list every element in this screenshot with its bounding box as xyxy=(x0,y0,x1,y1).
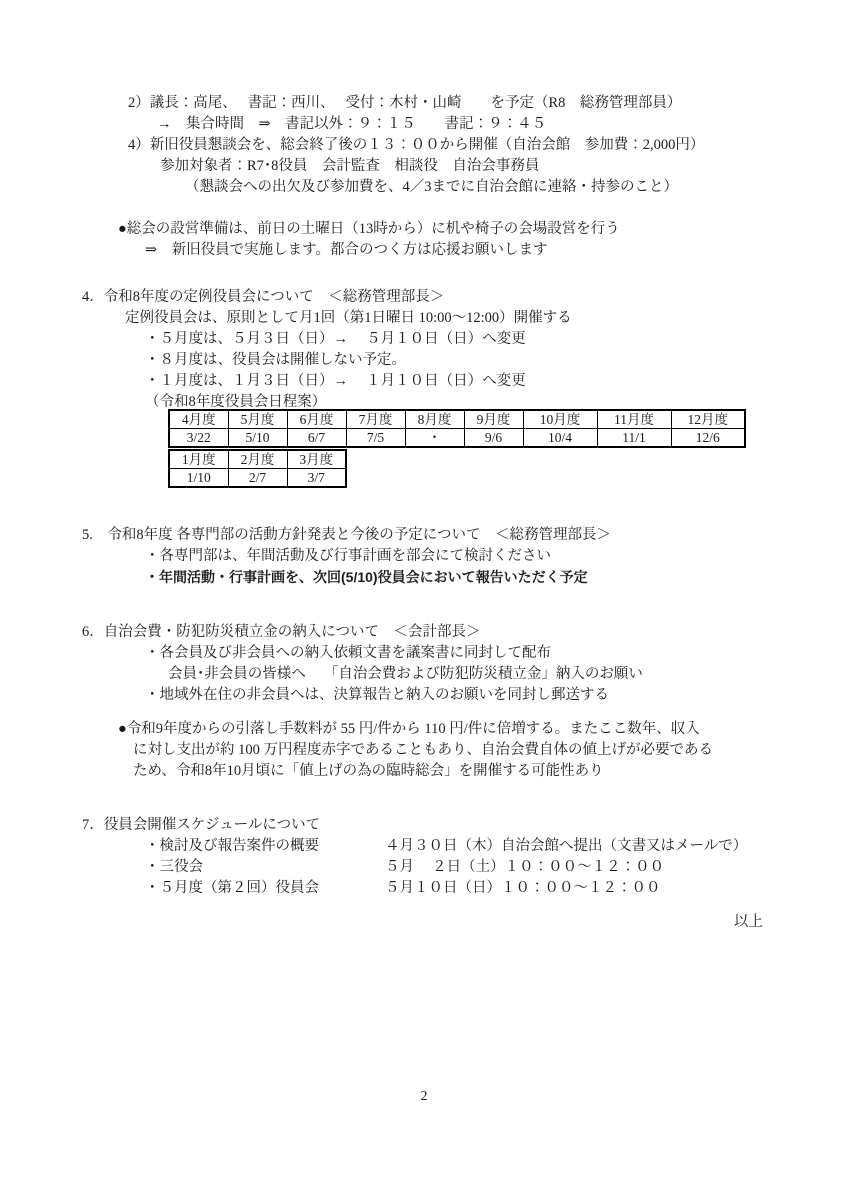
month-header-cell: 6月度 xyxy=(287,410,346,429)
table-row: 4月度 5月度 6月度 7月度 8月度 9月度 10月度 11月度 12月度 xyxy=(169,410,745,429)
topic7-row-overview: ・検討及び報告案件の概要４月３０日（木）自治会館へ提出（文書又はメールで） xyxy=(0,836,848,857)
date-cell: 3/22 xyxy=(169,429,228,448)
table-row: 1/10 2/7 3/7 xyxy=(169,469,346,488)
month-header-cell: 12月度 xyxy=(671,410,745,429)
topic7-row-may-meeting: ・５月度（第２回）役員会５月１０日（日）１０：００～１２：００ xyxy=(0,878,848,899)
topic7-row-sanyakukai: ・三役会５月 ２日（土）１０：００～１２：００ xyxy=(0,857,848,878)
topic4-intro: 定例役員会は、原則として月1回（第1日曜日 10:00～12:00）開催する xyxy=(0,308,848,329)
month-header-cell: 7月度 xyxy=(346,410,405,429)
topic4-bullet-jan: ・１月度は、１月３日（日）→ １月１０日（日）へ変更 xyxy=(0,371,848,392)
date-cell: 5/10 xyxy=(228,429,287,448)
month-header-cell: 1月度 xyxy=(169,450,228,469)
date-cell: 7/5 xyxy=(346,429,405,448)
assembly-time-line: → 集合時間 ⇒ 書記以外：９：１５ 書記：９：４５ xyxy=(0,114,848,135)
fee-note-line2: に対し支出が約 100 万円程度赤字であることもあり、自治会費自体の値上げが必要… xyxy=(0,740,848,761)
topic6-sub1: 会員･非会員の皆様へ 「自治会費および防犯防災積立金」納入のお願い xyxy=(0,664,848,685)
topic5-bullet1: ・各専門部は、年間活動及び行事計画を部会にて検討ください xyxy=(0,546,848,567)
document-page: 2）議長：高尾、 書記：西川、 受付：木村・山崎 を予定（R8 総務管理部員） … xyxy=(0,0,848,1200)
month-header-cell: 11月度 xyxy=(597,410,671,429)
table-row: 1月度 2月度 3月度 xyxy=(169,450,346,469)
topic7-section: 7．役員会開催スケジュールについて ・検討及び報告案件の概要４月３０日（木）自治… xyxy=(0,815,848,899)
topic4-bullet-aug: ・８月度は、役員会は開催しない予定。 xyxy=(0,350,848,371)
date-cell: ・ xyxy=(405,429,464,448)
schedule-table-jan-mar: 1月度 2月度 3月度 1/10 2/7 3/7 xyxy=(168,449,347,488)
setup-note-line1: ●総会の設営準備は、前日の土曜日（13時から）に机や椅子の会場設営を行う xyxy=(0,219,848,240)
schedule-table-apr-dec: 4月度 5月度 6月度 7月度 8月度 9月度 10月度 11月度 12月度 3… xyxy=(168,409,746,448)
closing-marker: 以上 xyxy=(734,912,763,933)
fee-increase-note: ●令和9年度からの引落し手数料が 55 円/件から 110 円/件に倍増する。ま… xyxy=(0,719,848,782)
page-number: 2 xyxy=(0,1086,848,1107)
fee-note-line1: ●令和9年度からの引落し手数料が 55 円/件から 110 円/件に倍増する。ま… xyxy=(0,719,848,740)
month-header-cell: 10月度 xyxy=(523,410,597,429)
month-header-cell: 9月度 xyxy=(464,410,523,429)
schedule-item-label: ・三役会 xyxy=(145,857,385,878)
participants-line: 参加対象者：R7･8役員 会計監査 相談役 自治会事務員 xyxy=(0,156,848,177)
topic6-bullet2: ・地域外在住の非会員へは、決算報告と納入のお願いを同封し郵送する xyxy=(0,685,848,706)
date-cell: 3/7 xyxy=(287,469,346,488)
schedule-item-label: ・５月度（第２回）役員会 xyxy=(145,878,385,899)
date-cell: 9/6 xyxy=(464,429,523,448)
topic4-section: 4．令和8年度の定例役員会について ＜総務管理部長＞ 定例役員会は、原則として月… xyxy=(0,287,848,413)
topic5-section: 5. 令和8年度 各専門部の活動方針発表と今後の予定について ＜総務管理部長＞ … xyxy=(0,525,848,588)
topic6-bullet1: ・各会員及び非会員への納入依頼文書を議案書に同封して配布 xyxy=(0,643,848,664)
date-cell: 12/6 xyxy=(671,429,745,448)
topic5-bullet2-bold: ・年間活動・行事計画を、次回(5/10)役員会において報告いただく予定 xyxy=(0,567,848,588)
topic4-bullet-may: ・５月度は、５月３日（日）→ ５月１０日（日）へ変更 xyxy=(0,329,848,350)
topic4-heading: 4．令和8年度の定例役員会について ＜総務管理部長＞ xyxy=(0,287,848,308)
schedule-item-value: ４月３０日（木）自治会館へ提出（文書又はメールで） xyxy=(385,838,747,854)
schedule-item-value: ５月 ２日（土）１０：００～１２：００ xyxy=(385,859,664,875)
setup-note: ●総会の設営準備は、前日の土曜日（13時から）に机や椅子の会場設営を行う ⇒ 新… xyxy=(0,219,848,261)
schedule-item-label: ・検討及び報告案件の概要 xyxy=(145,836,385,857)
month-header-cell: 2月度 xyxy=(228,450,287,469)
table-row: 3/22 5/10 6/7 7/5 ・ 9/6 10/4 11/1 12/6 xyxy=(169,429,745,448)
topic6-section: 6．自治会費・防犯防災積立金の納入について ＜会計部長＞ ・各会員及び非会員への… xyxy=(0,622,848,706)
month-header-cell: 8月度 xyxy=(405,410,464,429)
date-cell: 2/7 xyxy=(228,469,287,488)
date-cell: 1/10 xyxy=(169,469,228,488)
month-header-cell: 4月度 xyxy=(169,410,228,429)
schedule-item-value: ５月１０日（日）１０：００～１２：００ xyxy=(385,880,661,896)
month-header-cell: 3月度 xyxy=(287,450,346,469)
rsvp-note-line: （懇談会への出欠及び参加費を、4／3までに自治会館に連絡・持参のこと） xyxy=(0,177,848,198)
date-cell: 11/1 xyxy=(597,429,671,448)
topic3-continuation: 2）議長：高尾、 書記：西川、 受付：木村・山崎 を予定（R8 総務管理部員） … xyxy=(0,93,848,198)
chair-scribe-line: 2）議長：高尾、 書記：西川、 受付：木村・山崎 を予定（R8 総務管理部員） xyxy=(0,93,848,114)
date-cell: 10/4 xyxy=(523,429,597,448)
setup-note-line2: ⇒ 新旧役員で実施します。都合のつく方は応援お願いします xyxy=(0,240,848,261)
topic6-heading: 6．自治会費・防犯防災積立金の納入について ＜会計部長＞ xyxy=(0,622,848,643)
social-gathering-line: 4）新旧役員懇談会を、総会終了後の１３：００から開催（自治会館 参加費：2,00… xyxy=(0,135,848,156)
topic7-heading: 7．役員会開催スケジュールについて xyxy=(0,815,848,836)
topic5-heading: 5. 令和8年度 各専門部の活動方針発表と今後の予定について ＜総務管理部長＞ xyxy=(0,525,848,546)
fee-note-line3: ため、令和8年10月頃に「値上げの為の臨時総会」を開催する可能性あり xyxy=(0,761,848,782)
date-cell: 6/7 xyxy=(287,429,346,448)
month-header-cell: 5月度 xyxy=(228,410,287,429)
